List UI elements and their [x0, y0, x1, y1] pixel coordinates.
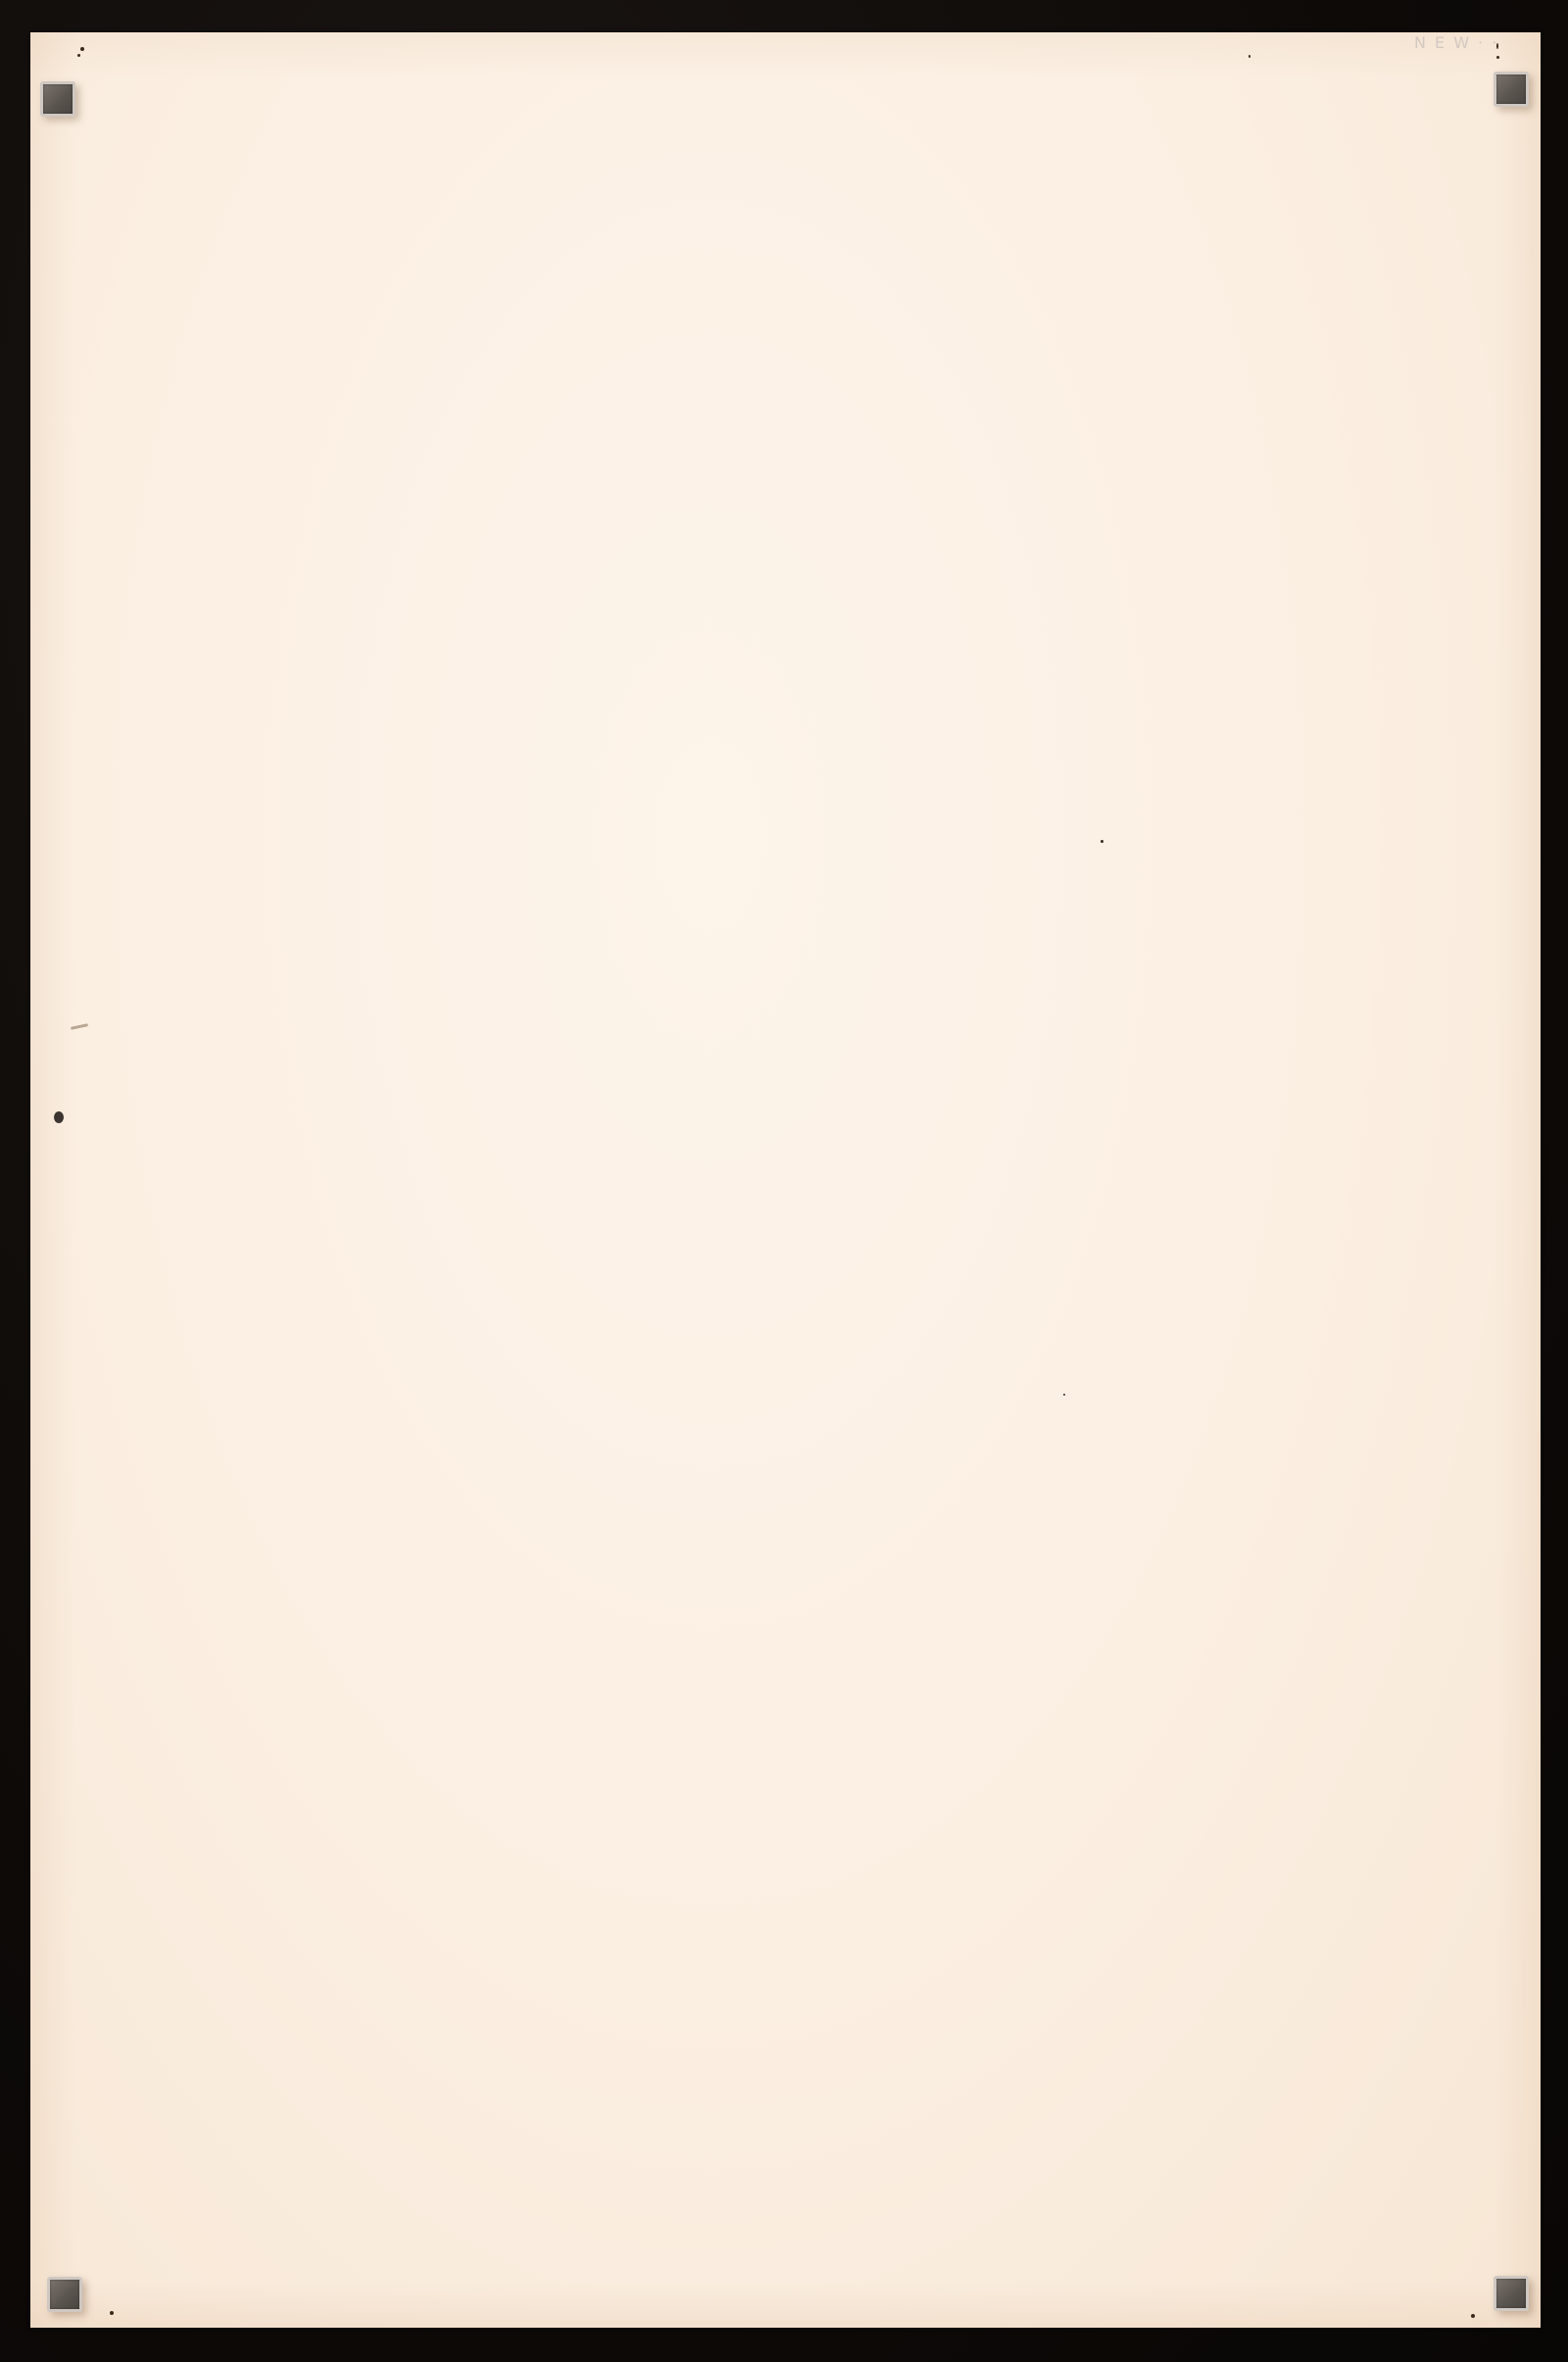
faint-pencil-note: N E W · · [1414, 33, 1498, 52]
dust-speck [1063, 1394, 1065, 1396]
dust-speck [1101, 840, 1103, 843]
dust-speck [77, 54, 80, 57]
dust-speck [1496, 43, 1498, 49]
dust-speck [80, 47, 84, 51]
dust-speck [1471, 2314, 1475, 2318]
paper-dot-mark [54, 1111, 64, 1123]
magnet-bottom-right [1494, 2276, 1529, 2311]
dust-speck [1496, 56, 1499, 59]
poster-back-sheet [30, 32, 1541, 2328]
dust-speck [110, 2311, 114, 2315]
magnet-bottom-left [47, 2277, 82, 2312]
dust-speck [1249, 55, 1250, 58]
magnet-top-left [40, 81, 75, 117]
magnet-top-right [1494, 72, 1529, 107]
